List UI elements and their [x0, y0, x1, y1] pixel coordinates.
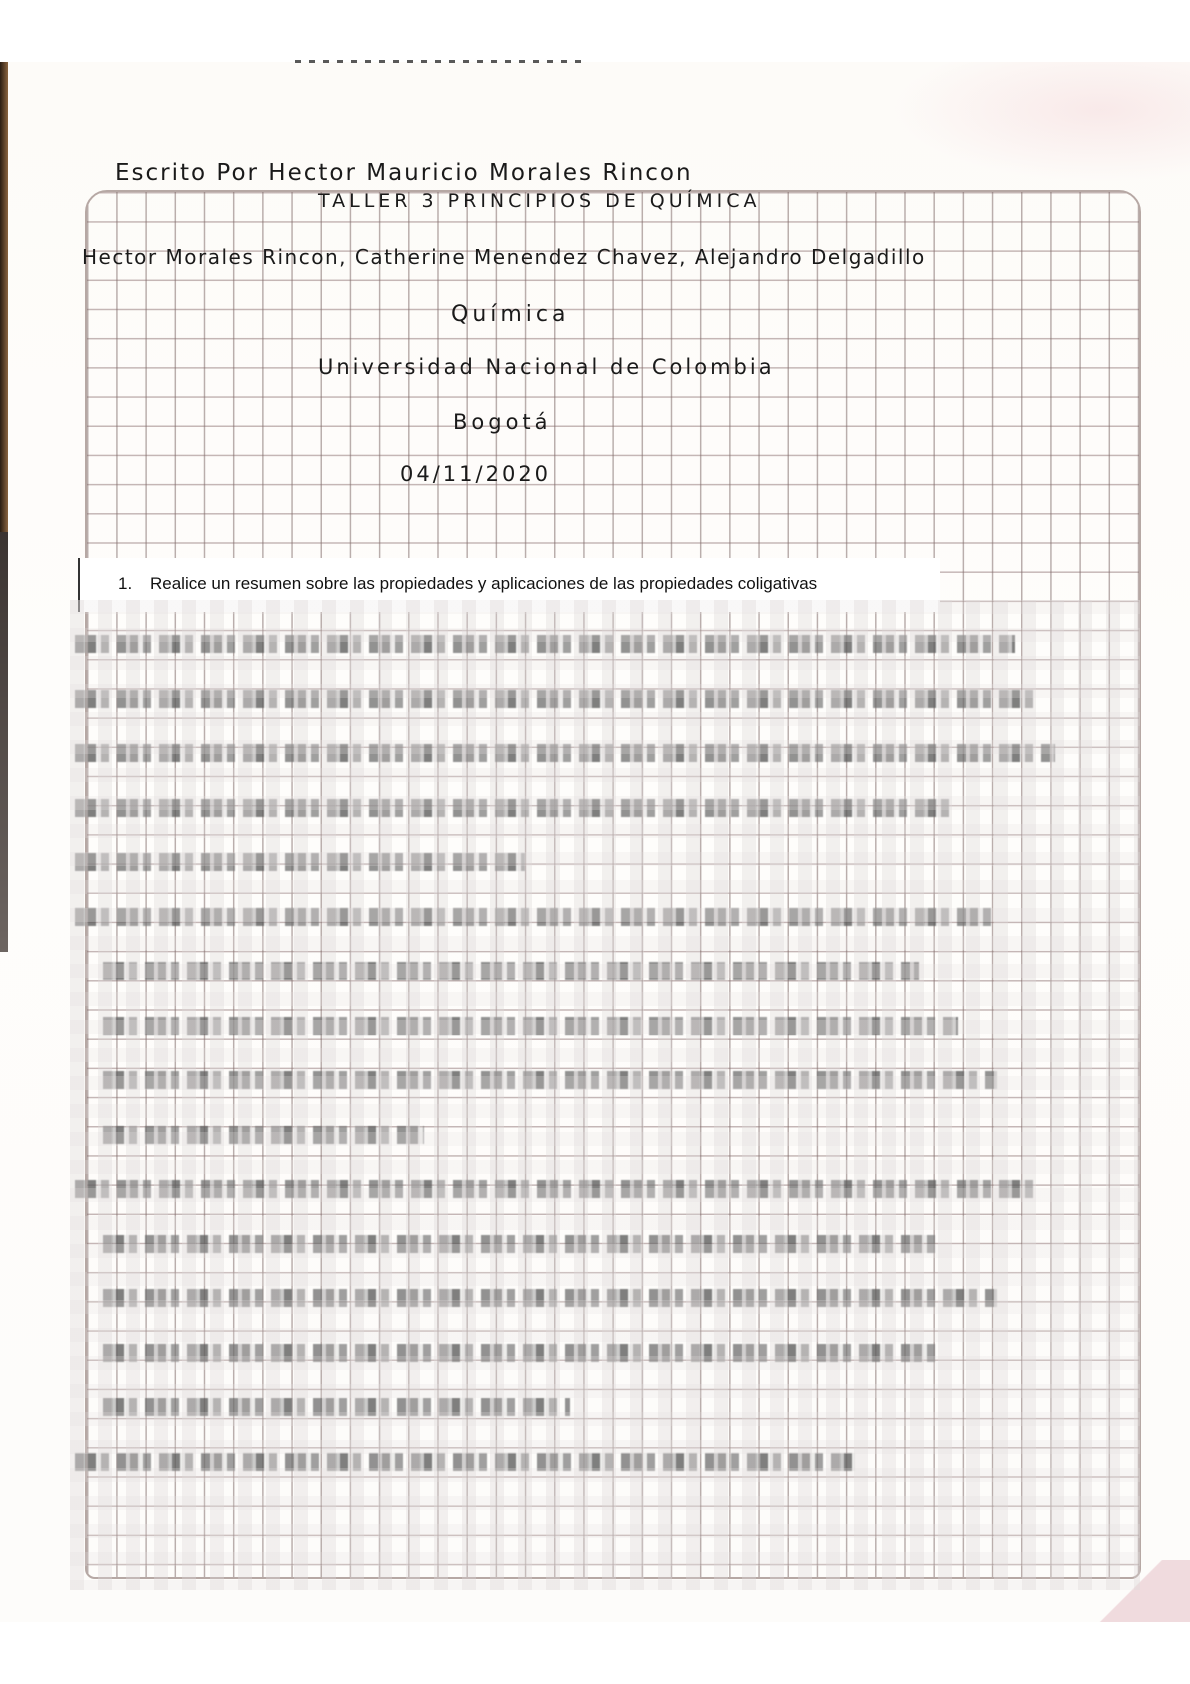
answer-line-obscured — [103, 962, 919, 980]
answer-line-obscured — [75, 853, 525, 871]
answer-line-obscured — [103, 1344, 939, 1362]
paper-stain — [890, 62, 1190, 182]
answer-line-obscured — [75, 1453, 855, 1471]
answer-line-obscured — [103, 1017, 958, 1035]
scan-edge-shadow-lower — [0, 532, 8, 952]
answer-line-obscured — [75, 1180, 1035, 1198]
author-line: Escrito Por Hector Mauricio Morales Rinc… — [115, 160, 693, 186]
answer-line-obscured — [103, 1071, 997, 1089]
question-number: 1. — [118, 574, 150, 594]
question: 1.Realice un resumen sobre las propiedad… — [118, 574, 817, 594]
date: 04/11/2020 — [400, 462, 551, 486]
answer-line-obscured — [75, 799, 955, 817]
answer-line-obscured — [75, 690, 1035, 708]
answer-line-obscured — [103, 1126, 424, 1144]
answer-line-obscured — [75, 744, 1055, 762]
answer-line-obscured — [103, 1235, 939, 1253]
subject: Química — [451, 302, 570, 327]
question-text: Realice un resumen sobre las propiedades… — [150, 574, 817, 593]
answer-line-obscured — [103, 1398, 570, 1416]
scan-edge-shadow — [0, 62, 8, 532]
answer-line-obscured — [75, 908, 995, 926]
answer-line-obscured — [75, 635, 1015, 653]
document-title: TALLER 3 PRINCIPIOS DE QUÍMICA — [318, 190, 761, 212]
student-names: Hector Morales Rincon, Catherine Menende… — [82, 245, 926, 269]
scan-artifact — [295, 60, 585, 63]
university: Universidad Nacional de Colombia — [318, 355, 775, 379]
answer-line-obscured — [103, 1289, 997, 1307]
answer-obscured — [75, 635, 1135, 1575]
city: Bogotá — [453, 410, 552, 434]
